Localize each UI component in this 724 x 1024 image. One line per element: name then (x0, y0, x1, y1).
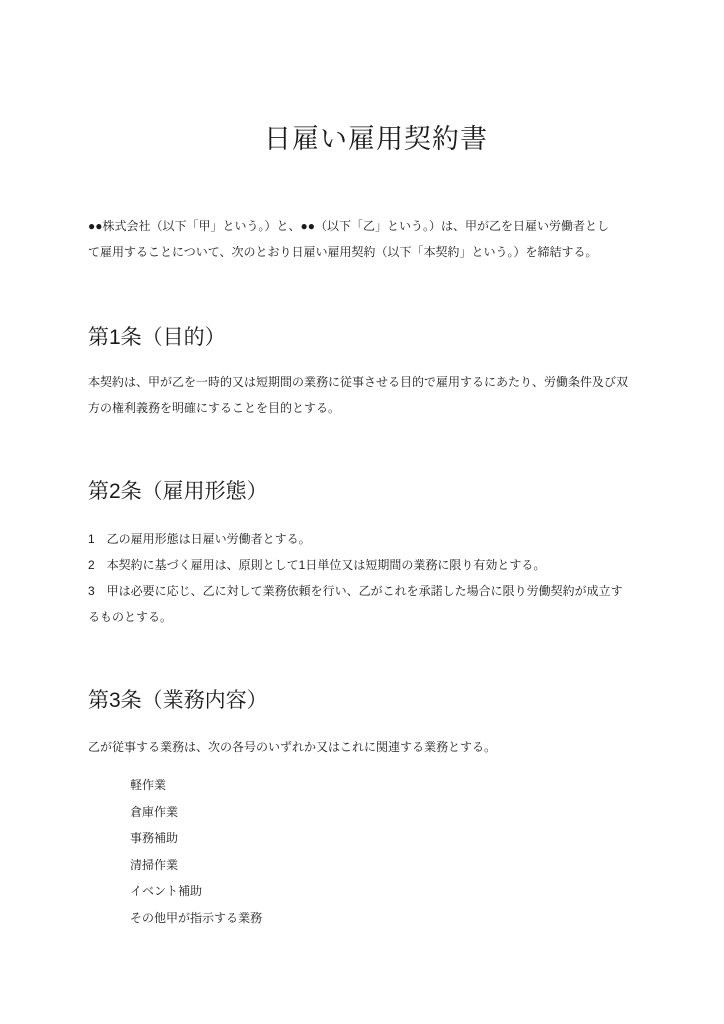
article-1-section: 第1条（目的） 本契約は、甲が乙を一時的又は短期間の業務に従事させる目的で雇用す… (88, 323, 664, 421)
intro-paragraph: ●●株式会社（以下「甲」という。）と、●●（以下「乙」という。）は、甲が乙を日雇… (88, 213, 664, 265)
article-3-body: 乙が従事する業務は、次の各号のいずれか又はこれに関連する業務とする。 (88, 734, 664, 760)
article-3-heading: 第3条（業務内容） (88, 686, 664, 716)
article-1-heading: 第1条（目的） (88, 323, 664, 353)
contract-document-page: 日雇い雇用契約書 ●●株式会社（以下「甲」という。）と、●●（以下「乙」という。… (0, 0, 724, 1024)
document-title: 日雇い雇用契約書 (88, 119, 664, 159)
task-item-light-work: 軽作業 (130, 772, 664, 799)
article-2-heading: 第2条（雇用形態） (88, 477, 664, 507)
task-list: 軽作業 倉庫作業 事務補助 清掃作業 イベント補助 その他甲が指示する業務 (88, 772, 664, 931)
task-item-office-assist: 事務補助 (130, 825, 664, 852)
article-2-section: 第2条（雇用形態） 1 乙の雇用形態は日雇い労働者とする。 2 本契約に基づく雇… (88, 477, 664, 630)
article-1-body: 本契約は、甲が乙を一時的又は短期間の業務に従事させる目的で雇用するにあたり、労働… (88, 369, 664, 421)
task-item-event-assist: イベント補助 (130, 878, 664, 905)
task-item-warehouse-work: 倉庫作業 (130, 799, 664, 826)
article-2-numbered-clauses: 1 乙の雇用形態は日雇い労働者とする。 2 本契約に基づく雇用は、原則として1日… (88, 526, 664, 630)
task-item-other-directed-work: その他甲が指示する業務 (130, 905, 664, 932)
article-3-section: 第3条（業務内容） 乙が従事する業務は、次の各号のいずれか又はこれに関連する業務… (88, 686, 664, 931)
task-item-cleaning-work: 清掃作業 (130, 852, 664, 879)
